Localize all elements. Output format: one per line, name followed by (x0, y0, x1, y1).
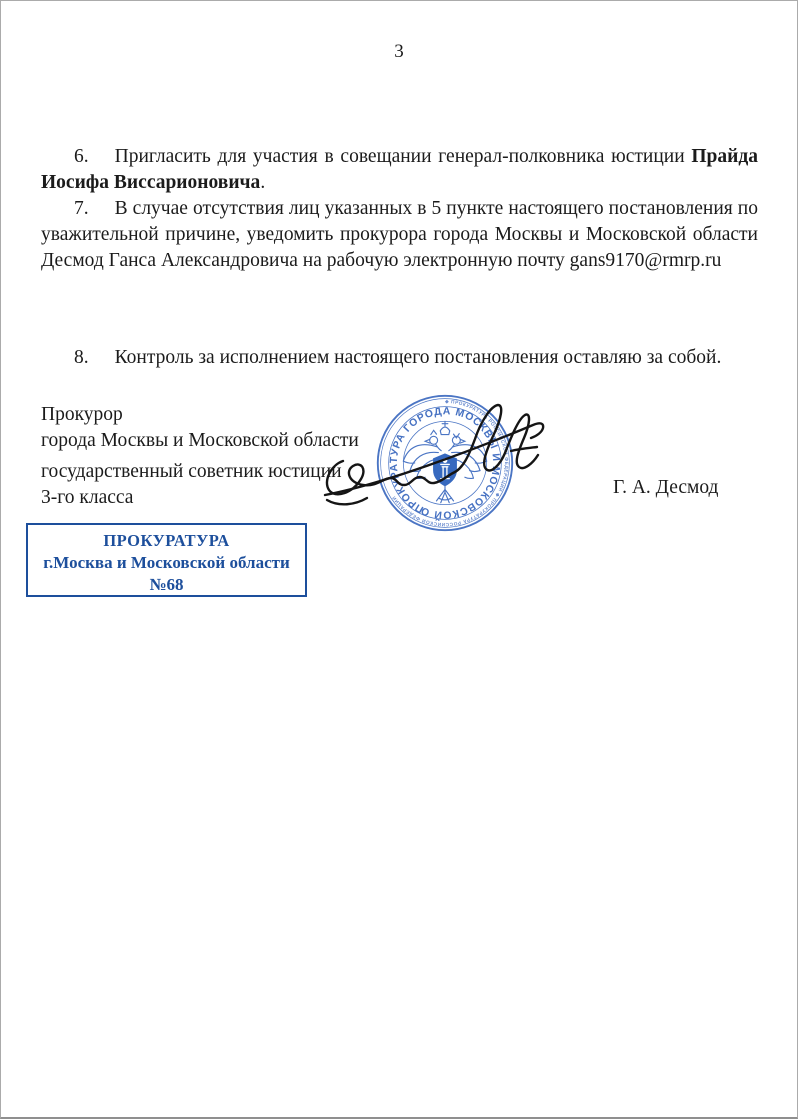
paragraph-7-text: В случае отсутствия лиц указанных в 5 пу… (41, 198, 758, 271)
document-body: 6.Пригласить для участия в совещании ген… (41, 144, 758, 274)
paragraph-8-number: 8. (74, 347, 89, 368)
rect-stamp-city: г.Москва и Московской области (28, 552, 305, 574)
rect-stamp-number: №68 (28, 574, 305, 596)
paragraph-6: 6.Пригласить для участия в совещании ген… (41, 144, 758, 196)
paragraph-8-text: Контроль за исполнением настоящего поста… (115, 347, 722, 368)
paragraph-7-number: 7. (74, 198, 89, 219)
document-page: 3 6.Пригласить для участия в совещании г… (0, 0, 798, 1119)
signatory-name: Г. А. Десмод (613, 475, 718, 501)
paragraph-6-number: 6. (74, 146, 89, 167)
paragraph-8: 8.Контроль за исполнением настоящего пос… (41, 345, 758, 371)
paragraph-6-period: . (260, 172, 265, 193)
rectangular-prosecutor-stamp: ПРОКУРАТУРА г.Москва и Московской област… (26, 523, 307, 597)
paragraph-7: 7.В случае отсутствия лиц указанных в 5 … (41, 196, 758, 274)
handwritten-signature (321, 399, 561, 509)
rect-stamp-title: ПРОКУРАТУРА (28, 530, 305, 552)
page-number: 3 (1, 41, 797, 63)
paragraph-6-text: Пригласить для участия в совещании генер… (115, 146, 692, 167)
